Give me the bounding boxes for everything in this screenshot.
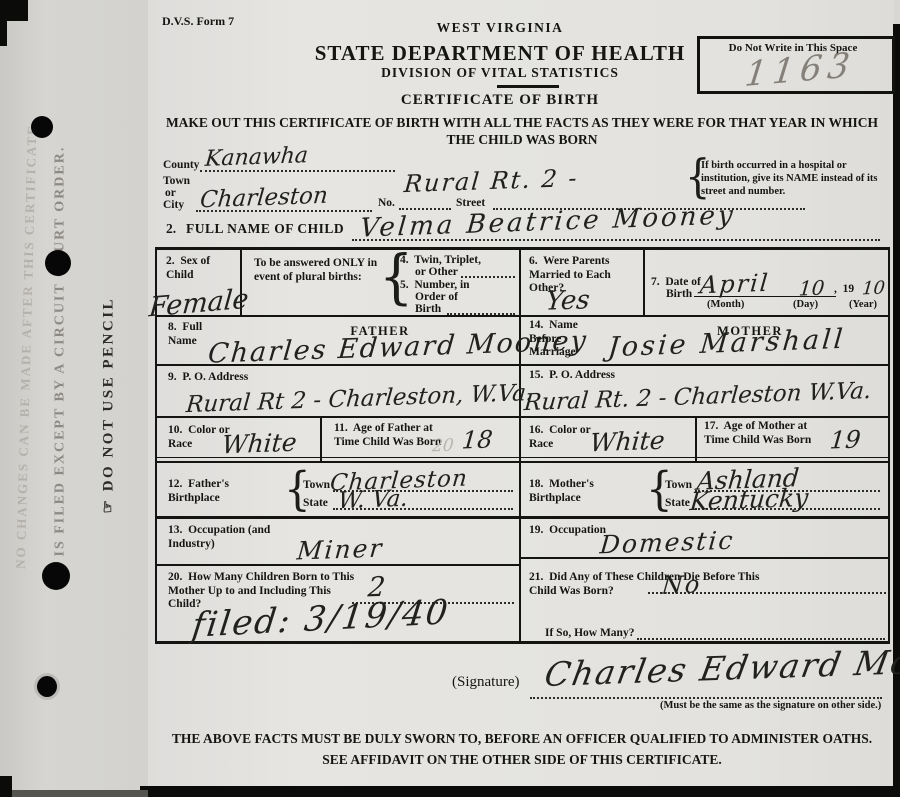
father-state-value: W. Va. (337, 488, 409, 514)
scan-corner-bottom-left (0, 776, 12, 797)
pointing-hand-icon: ☞ (101, 498, 117, 514)
children-died-label: 21. Did Any of These Children Die Before… (529, 571, 777, 598)
county-label: County (163, 159, 199, 173)
father-age-value: 18 (461, 427, 494, 452)
child-name-number: 2. (166, 221, 176, 237)
mother-age-label: 17. Age of Mother at Time Child Was Born (704, 420, 816, 447)
twin-leader (461, 276, 515, 278)
pencil-warning: ☞ DO NOT USE PENCIL (99, 278, 118, 514)
child-name-label: FULL NAME OF CHILD (186, 221, 344, 237)
mother-state-label: State (665, 497, 690, 511)
street-address-value: Rural Rt. 2 - (403, 166, 580, 196)
dob-label-line2: Birth (666, 288, 692, 302)
children-died-value: No (661, 572, 703, 597)
father-occupation-value: Miner (296, 535, 385, 563)
city-label: City (163, 199, 184, 213)
county-value: Kanawha (204, 145, 309, 171)
day-caption: (Day) (793, 299, 818, 311)
punch-hole (45, 250, 71, 276)
row1-border (155, 315, 890, 317)
parents-married-value: Yes (545, 287, 591, 315)
race-row-border (155, 461, 890, 463)
punch-hole (42, 562, 70, 590)
signature-leader (530, 697, 882, 699)
hospital-note: If birth occurred in a hospital or insti… (701, 159, 889, 198)
city-value: Charleston (199, 185, 329, 213)
mother-address-label: 15. P. O. Address (529, 369, 615, 383)
if-so-leader (637, 638, 885, 640)
dob-year-value: 10 (861, 280, 885, 299)
divider-married-dob (643, 250, 645, 316)
scan-edge-bottom-left (0, 790, 148, 797)
scanned-birth-certificate: NO CHANGES CAN BE MADE AFTER THIS CERTIF… (0, 0, 900, 797)
footer-line-1: THE ABOVE FACTS MUST BE DULY SWORN TO, B… (148, 731, 896, 747)
dob-month-value: April (699, 271, 771, 298)
father-age-ghost: 20 (431, 438, 454, 456)
mother-name-label: 14. Name Before Marriage (529, 319, 599, 360)
year-caption: (Year) (849, 299, 877, 311)
mother-state-value: Kentucky (689, 485, 809, 514)
father-birthplace-label: 12. Father's Birthplace (168, 478, 254, 505)
mother-occupation-label: 19. Occupation (529, 524, 606, 538)
punch-hole (37, 676, 57, 697)
scan-edge-bottom (140, 786, 900, 797)
divider-race-age-right (695, 417, 697, 461)
addr-row-border (155, 416, 890, 418)
father-town-label: Town (303, 479, 330, 493)
order-leader (447, 313, 515, 315)
scan-edge-left (0, 0, 7, 46)
mother-name-value: Josie Marshall (607, 326, 847, 361)
twin-label-line2: or Other (415, 266, 458, 280)
dob-day-value: 10 (798, 278, 825, 299)
table-center-divider (519, 247, 521, 643)
pencil-warning-text: DO NOT USE PENCIL (101, 297, 117, 491)
mother-occupation-value: Domestic (599, 528, 736, 558)
footer-line-2: SEE AFFIDAVIT ON THE OTHER SIDE OF THIS … (148, 752, 896, 768)
occupation-line-left (155, 564, 520, 566)
signature-note: (Must be the same as the signature on ot… (660, 700, 881, 712)
father-occupation-label: 13. Occupation (and Industry) (168, 524, 278, 551)
plural-births-note: To be answered ONLY in event of plural b… (254, 257, 380, 284)
state-title: WEST VIRGINIA (150, 20, 850, 36)
divider-race-age-left (320, 417, 322, 461)
signature-label: (Signature) (452, 674, 519, 692)
punch-hole (31, 116, 53, 138)
header-divider (497, 85, 559, 88)
instruction-line-1: MAKE OUT THIS CERTIFICATE OF BIRTH WITH … (150, 115, 894, 131)
month-caption: (Month) (707, 299, 744, 311)
margin-stamp-main: IS FILED EXCEPT BY A CIRCUIT COURT ORDER… (53, 125, 70, 557)
father-address-label: 9. P. O. Address (168, 371, 248, 385)
father-age-label: 11. Age of Father at Time Child Was Born (334, 422, 442, 449)
mother-town-label: Town (665, 479, 692, 493)
mother-race-value: White (589, 428, 666, 456)
table-border-right (888, 247, 890, 643)
order-label-line3: Birth (415, 303, 441, 317)
no-label: No. (378, 197, 395, 211)
mother-age-value: 19 (829, 427, 862, 452)
occupation-line-right (520, 557, 890, 559)
table-border-top (155, 247, 890, 250)
mother-birthplace-label: 18. Mother's Birthplace (529, 478, 615, 505)
if-so-label: If So, How Many? (545, 627, 634, 641)
father-state-label: State (303, 497, 328, 511)
sex-label: 2. Sex of Child (166, 255, 230, 282)
birthplace-row-border (155, 516, 890, 519)
father-race-value: White (221, 430, 298, 458)
file-number-handwritten: 1163 (743, 48, 857, 92)
dob-year-prefix: , 19 (834, 283, 854, 297)
